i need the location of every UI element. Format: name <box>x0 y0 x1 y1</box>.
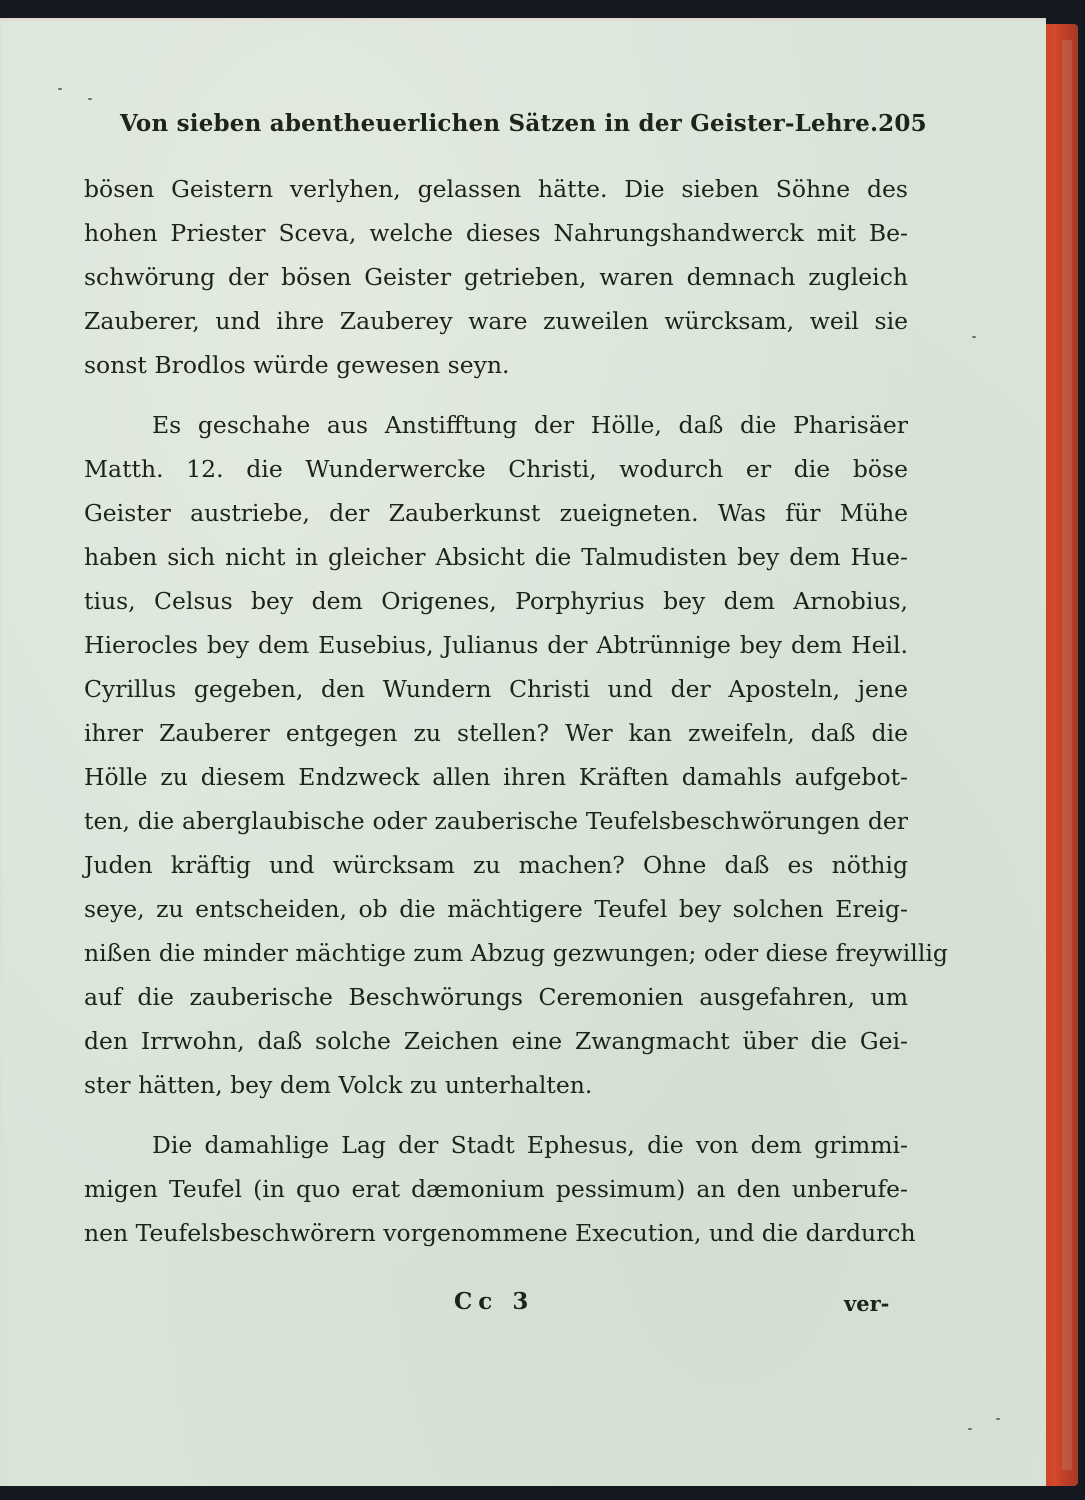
catchword: ver- <box>844 1291 889 1316</box>
book-scan: Von sieben abentheuerlichen Sätzen in de… <box>0 0 1085 1500</box>
text-line: haben sich nicht in gleicher Absicht die… <box>84 542 908 572</box>
text-line: Es geschahe aus Anstifftung der Hölle, d… <box>84 410 908 440</box>
text-line: ihrer Zauberer entgegen zu stellen? Wer … <box>84 718 908 748</box>
text-line: ster hätten, bey dem Volck zu unterhalte… <box>84 1070 908 1100</box>
text-line: Zauberer, und ihre Zauberey ware zuweile… <box>84 306 908 336</box>
text-line: ten, die aberglaubische oder zauberische… <box>84 806 908 836</box>
page-number: 205 <box>878 110 927 137</box>
text-line: Die damahlige Lag der Stadt Ephesus, die… <box>84 1130 908 1160</box>
running-head: Von sieben abentheuerlichen Sätzen in de… <box>120 110 910 137</box>
text-line: Juden kräftig und würcksam zu machen? Oh… <box>84 850 908 880</box>
text-line: Hierocles bey dem Eusebius, Julianus der… <box>84 630 908 660</box>
text-line: hohen Priester Sceva, welche dieses Nahr… <box>84 218 908 248</box>
text-line: bösen Geistern verlyhen, gelassen hätte.… <box>84 174 908 204</box>
text-line: Matth. 12. die Wunderwercke Christi, wod… <box>84 454 908 484</box>
page-edge-highlight <box>1062 40 1072 1470</box>
text-line: Hölle zu diesem Endzweck allen ihren Krä… <box>84 762 908 792</box>
text-line: schwörung der bösen Geister getrieben, w… <box>84 262 908 292</box>
text-line: nen Teufelsbeschwörern vorgenommene Exec… <box>84 1218 908 1248</box>
text-line: sonst Brodlos würde gewesen seyn. <box>84 350 908 380</box>
signature-mark: Cc 3 <box>454 1288 534 1315</box>
text-line: Geister austriebe, der Zauberkunst zueig… <box>84 498 908 528</box>
text-line: Cyrillus gegeben, den Wundern Christi un… <box>84 674 908 704</box>
text-line: nißen die minder mächtige zum Abzug gezw… <box>84 938 908 968</box>
text-line: den Irrwohn, daß solche Zeichen eine Zwa… <box>84 1026 908 1056</box>
text-line: auf die zauberische Beschwörungs Ceremon… <box>84 982 908 1012</box>
book-page: Von sieben abentheuerlichen Sätzen in de… <box>0 18 1046 1486</box>
text-line: migen Teufel (in quo erat dæmonium pessi… <box>84 1174 908 1204</box>
running-head-title: Von sieben abentheuerlichen Sätzen in de… <box>120 110 878 137</box>
text-line: seye, zu entscheiden, ob die mächtigere … <box>84 894 908 924</box>
text-line: tius, Celsus bey dem Origenes, Porphyriu… <box>84 586 908 616</box>
